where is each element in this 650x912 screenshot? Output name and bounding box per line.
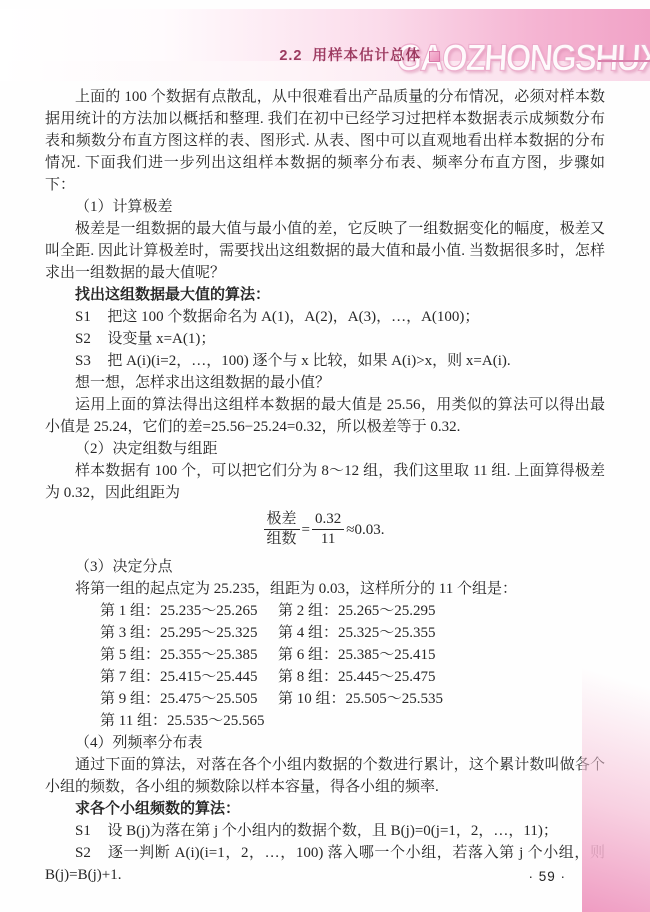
step4-paragraph: 通过下面的算法，对落在各个小组内数据的个数进行累计，这个累计数叫做各个小组的频数… xyxy=(45,754,605,798)
intro-paragraph: 上面的 100 个数据有点散乱，从中很难看出产品质量的分布情况，必须对样本数据用… xyxy=(45,86,605,196)
fraction-denominator: 11 xyxy=(312,530,344,549)
step-label: S3 xyxy=(75,353,91,369)
lhs-fraction: 极差组数 xyxy=(264,510,300,549)
section-title: 用样本估计总体 xyxy=(313,48,422,64)
step1-algo-title: 找出这组数据最大值的算法： xyxy=(45,284,605,306)
approx-result: ≈0.03. xyxy=(344,519,386,541)
group-item: 第 8 组：25.445～25.475 xyxy=(278,666,605,688)
step3-paragraph: 将第一组的起点定为 25.235，组距为 0.03，这样所分的 11 个组是： xyxy=(45,578,605,600)
step-label: S1 xyxy=(75,309,91,325)
section-number: 2.2 xyxy=(279,48,302,64)
equals-sign: = xyxy=(300,519,312,541)
fraction-numerator: 0.32 xyxy=(312,510,344,530)
step-text: 设变量 x=A(1)； xyxy=(107,331,215,347)
side-gradient-decoration xyxy=(582,572,650,912)
rhs-fraction: 0.3211 xyxy=(312,510,344,549)
step-text: 逐一判断 A(i)(i=1，2，…，100) 落入哪一个小组，若落入第 j 个小… xyxy=(45,845,605,883)
step-text: 把这 100 个数据命名为 A(1)，A(2)，A(3)，…，A(100)； xyxy=(107,309,479,325)
step-text: 把 A(i)(i=2，…，100) 逐个与 x 比较，如果 A(i)>x，则 x… xyxy=(107,353,510,369)
group-item: 第 2 组：25.265～25.295 xyxy=(278,600,605,622)
step2-heading: （2）决定组数与组距 xyxy=(45,438,605,460)
range-formula: 极差组数=0.3211≈0.03. xyxy=(45,508,605,551)
step4-heading: （4）列频率分布表 xyxy=(45,732,605,754)
fraction-denominator: 组数 xyxy=(264,530,300,549)
step1-s1: S1把这 100 个数据命名为 A(1)，A(2)，A(3)，…，A(100)； xyxy=(45,306,605,328)
section-marker-icon xyxy=(429,51,440,62)
group-item: 第 1 组：25.235～25.265 xyxy=(100,600,278,622)
step1-result: 运用上面的算法得出这组样本数据的最大值是 25.56，用类似的算法可以得出最小值… xyxy=(45,394,605,438)
step1-paragraph: 极差是一组数据的最大值与最小值的差，它反映了一组数据变化的幅度，极差又叫全距. … xyxy=(45,218,605,284)
step1-s2: S2设变量 x=A(1)； xyxy=(45,328,605,350)
step4-s1: S1设 B(j)为落在第 j 个小组内的数据个数，且 B(j)=0(j=1，2，… xyxy=(45,820,605,842)
group-list: 第 1 组：25.235～25.265 第 2 组：25.265～25.295 … xyxy=(45,600,605,732)
step-label: S2 xyxy=(75,845,91,861)
group-item: 第 5 组：25.355～25.385 xyxy=(100,644,278,666)
group-item: 第 10 组：25.505～25.535 xyxy=(278,688,605,710)
step-label: S1 xyxy=(75,823,91,839)
textbook-page: GAOZHONGSHUXUE 2.2用样本估计总体 上面的 100 个数据有点散… xyxy=(0,0,650,912)
step3-heading: （3）决定分点 xyxy=(45,556,605,578)
group-item: 第 7 组：25.415～25.445 xyxy=(100,666,278,688)
step1-think: 想一想，怎样求出这组数据的最小值？ xyxy=(45,372,605,394)
step1-heading: （1）计算极差 xyxy=(45,196,605,218)
fraction-numerator: 极差 xyxy=(264,510,300,530)
section-header: 2.2用样本估计总体 xyxy=(0,44,440,65)
header-rule xyxy=(598,60,650,62)
step-label: S2 xyxy=(75,331,91,347)
step-text: 设 B(j)为落在第 j 个小组内的数据个数，且 B(j)=0(j=1，2，…，… xyxy=(107,823,558,839)
group-item: 第 3 组：25.295～25.325 xyxy=(100,622,278,644)
page-content: 上面的 100 个数据有点散乱，从中很难看出产品质量的分布情况，必须对样本数据用… xyxy=(45,86,605,886)
group-item: 第 11 组：25.535～25.565 xyxy=(100,710,278,732)
step4-algo-title: 求各个小组频数的算法： xyxy=(45,798,605,820)
page-number: · 59 · xyxy=(528,869,566,884)
step2-paragraph: 样本数据有 100 个，可以把它们分为 8～12 组，我们这里取 11 组. 上… xyxy=(45,460,605,504)
group-item: 第 9 组：25.475～25.505 xyxy=(100,688,278,710)
step1-s3: S3把 A(i)(i=2，…，100) 逐个与 x 比较，如果 A(i)>x，则… xyxy=(45,350,605,372)
group-item: 第 4 组：25.325～25.355 xyxy=(278,622,605,644)
step4-s2: S2逐一判断 A(i)(i=1，2，…，100) 落入哪一个小组，若落入第 j … xyxy=(45,842,605,886)
group-item: 第 6 组：25.385～25.415 xyxy=(278,644,605,666)
